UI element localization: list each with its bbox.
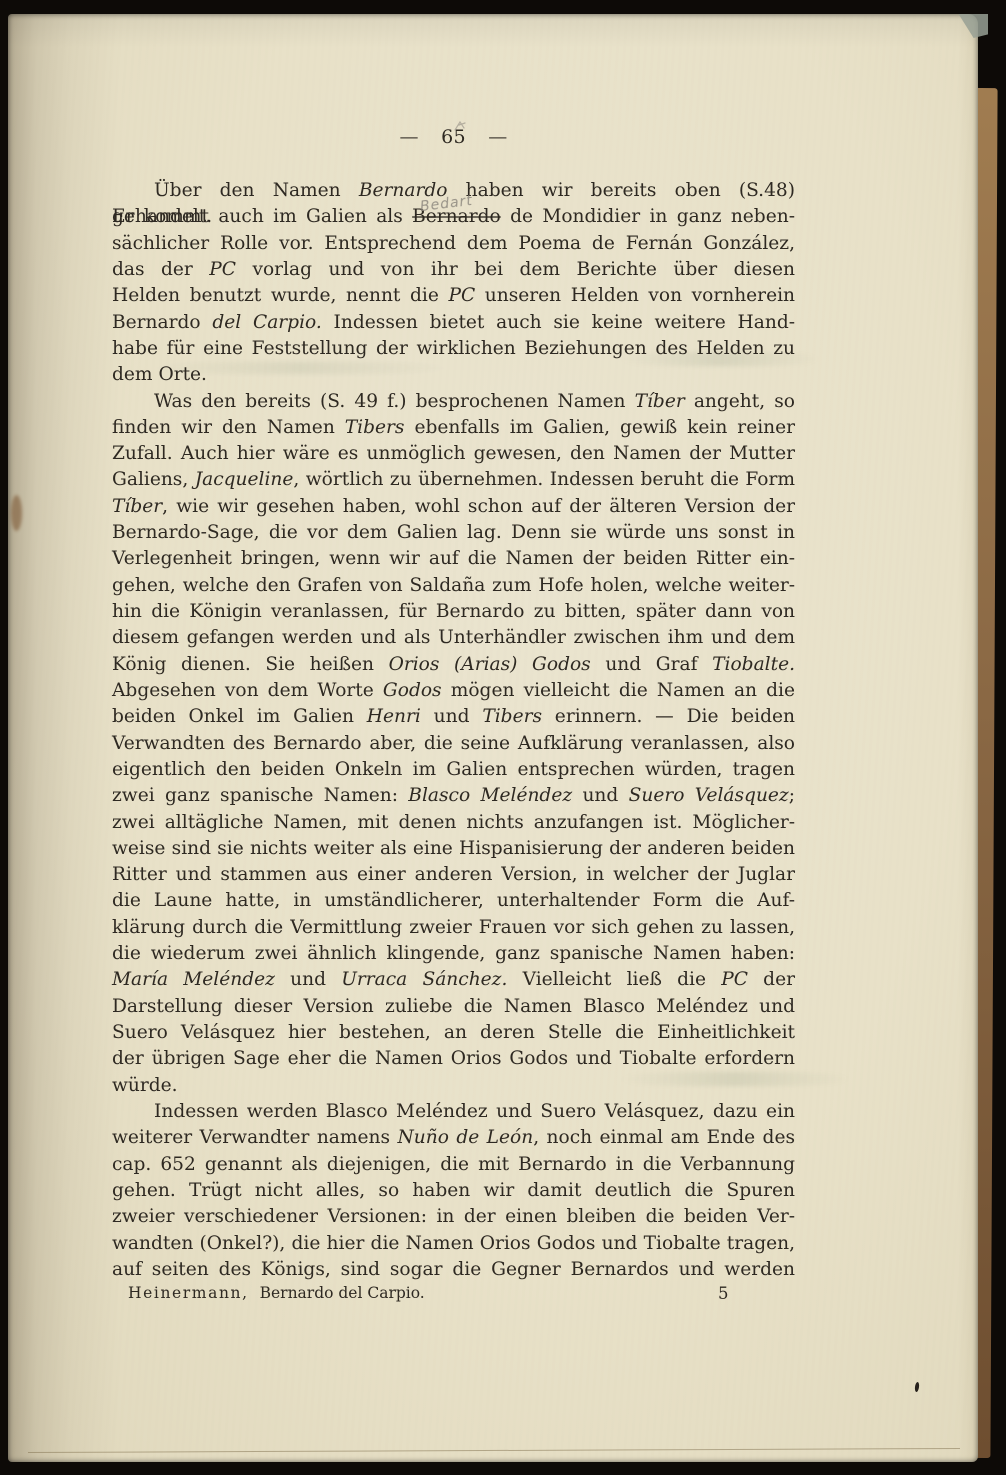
text-line: María Meléndez und Urraca Sánchez. Viell…	[112, 967, 795, 993]
book-signature: Heinermann, Bernardo del Carpio.	[128, 1284, 425, 1302]
text-segment: weise sind sie nichts weiter als eine Hi…	[112, 838, 795, 859]
header-dash-left: —	[399, 126, 418, 148]
text-segment: gehen. Trügt nicht alles, so haben wir d…	[112, 1180, 795, 1201]
text-segment: klärung durch die Vermittlung zweier Fra…	[112, 917, 795, 938]
edge-stain	[11, 495, 22, 531]
pencil-mark-icon	[453, 115, 467, 137]
text-segment: del Carpio.	[212, 312, 321, 333]
text-segment: Darstellung dieser Version zuliebe die N…	[112, 996, 795, 1017]
text-segment: mögen vielleicht die Namen an die	[442, 680, 795, 701]
text-line: Bernardo-Sage, die vor dem Galien lag. D…	[112, 520, 795, 546]
text-segment: Indessen bietet auch sie keine weitere H…	[322, 312, 795, 333]
text-segment: Orios (Arias) Godos	[389, 654, 591, 675]
text-line: würde.	[112, 1073, 795, 1099]
text-segment: zweier verschiedener Versionen: in der e…	[112, 1206, 795, 1227]
author-name: Heinermann,	[128, 1284, 249, 1302]
text-segment: Indessen werden Blasco Meléndez und Suer…	[154, 1101, 795, 1122]
text-segment: Er kommt auch im Galien als	[112, 206, 412, 227]
text-segment: beiden Onkel im Galien	[112, 706, 367, 727]
text-line: gehen. Trügt nicht alles, so haben wir d…	[112, 1178, 795, 1204]
text-segment: Bernardo	[112, 312, 212, 333]
text-segment: Verwandten des Bernardo aber, die seine …	[112, 733, 795, 754]
text-segment: , wörtlich zu übernehmen. Indessen beruh…	[293, 469, 795, 490]
body-text: Über den Namen Bernardo haben wir bereit…	[112, 178, 795, 1283]
text-segment: Abgesehen von dem Worte	[112, 680, 383, 701]
text-segment: Vielleicht ließ die	[507, 969, 721, 990]
text-segment: Tíber	[635, 391, 685, 412]
text-line: Er kommt auch im Galien als BernardoBeda…	[112, 204, 795, 230]
text-line: Abgesehen von dem Worte Godos mögen viel…	[112, 678, 795, 704]
text-line: Zufall. Auch hier wäre es unmöglich gewe…	[112, 441, 795, 467]
text-segment: ;	[789, 785, 795, 806]
text-segment: PC	[209, 259, 236, 280]
text-segment: unseren Helden von vornherein	[475, 285, 795, 306]
text-line: Verwandten des Bernardo aber, die seine …	[112, 731, 795, 757]
text-segment: weiterer Verwandter namens	[112, 1127, 397, 1148]
text-line: weise sind sie nichts weiter als eine Hi…	[112, 836, 795, 862]
text-segment: vorlag und von ihr bei dem Berichte über…	[236, 259, 795, 280]
text-line: finden wir den Namen Tibers ebenfalls im…	[112, 415, 795, 441]
book-title: Bernardo del Carpio.	[260, 1284, 425, 1302]
text-segment: Galiens,	[112, 469, 195, 490]
text-line: Helden benutzt wurde, nennt die PC unser…	[112, 283, 795, 309]
text-segment: und	[572, 785, 628, 806]
text-segment: wandten (Onkel?), die hier die Namen Ori…	[112, 1233, 795, 1254]
text-segment: ebenfalls im Galien, gewiß kein reiner	[404, 417, 795, 438]
text-segment: Nuño de León	[397, 1127, 533, 1148]
text-segment: de Mondidier in ganz neben-	[501, 206, 795, 227]
text-line: klärung durch die Vermittlung zweier Fra…	[112, 915, 795, 941]
text-segment: die Laune hatte, in umständlicherer, unt…	[112, 890, 795, 911]
text-segment: dem Orte.	[112, 364, 207, 385]
text-segment: Tibers	[482, 706, 542, 727]
text-segment: Godos	[383, 680, 442, 701]
text-segment: gehen, welche den Grafen von Saldaña zum…	[112, 575, 795, 596]
text-segment: habe für eine Feststellung der wirkliche…	[112, 338, 795, 359]
text-segment: Was den bereits (S. 49 f.) besprochenen …	[154, 391, 635, 412]
text-line: Ritter und stammen aus einer anderen Ver…	[112, 862, 795, 888]
text-segment: cap. 652 genannt als diejenigen, die mit…	[112, 1154, 795, 1175]
text-segment: auf seiten des Königs, sind sogar die Ge…	[112, 1259, 795, 1280]
text-segment: Blasco Meléndez	[408, 785, 572, 806]
corner-damage	[956, 14, 988, 38]
text-line: Indessen werden Blasco Meléndez und Suer…	[112, 1099, 795, 1125]
text-segment: Suero Velásquez	[629, 785, 789, 806]
text-line: beiden Onkel im Galien Henri und Tibers …	[112, 704, 795, 730]
text-segment: hin die Königin veranlassen, für Bernard…	[112, 601, 795, 622]
text-line: der übrigen Sage eher die Namen Orios Go…	[112, 1046, 795, 1072]
handwritten-annotation: Bedart	[419, 188, 475, 221]
text-line: das der PC vorlag und von ihr bei dem Be…	[112, 257, 795, 283]
text-segment: würde.	[112, 1075, 178, 1096]
text-segment: , wie wir gesehen haben, wohl schon auf …	[162, 496, 795, 517]
text-line: zweier verschiedener Versionen: in der e…	[112, 1204, 795, 1230]
book-scan: — 65 — Über den Namen Bernardo haben wir…	[0, 0, 1006, 1475]
text-line: sächlicher Rolle vor. Entsprechend dem P…	[112, 231, 795, 257]
text-segment: erinnern. — Die beiden	[542, 706, 795, 727]
text-line: Tíber, wie wir gesehen haben, wohl schon…	[112, 494, 795, 520]
text-line: Was den bereits (S. 49 f.) besprochenen …	[112, 389, 795, 415]
text-segment: Verlegenheit bringen, wenn wir auf die N…	[112, 548, 795, 569]
text-line: Bernardo del Carpio. Indessen bietet auc…	[112, 310, 795, 336]
running-head: — 65 —	[112, 126, 795, 148]
text-line: König dienen. Sie heißen Orios (Arias) G…	[112, 652, 795, 678]
text-segment: Henri	[367, 706, 421, 727]
text-segment: Zufall. Auch hier wäre es unmöglich gewe…	[112, 443, 795, 464]
text-segment: König dienen. Sie heißen	[112, 654, 389, 675]
text-segment: zwei ganz spanische Namen:	[112, 785, 408, 806]
text-line: die Laune hatte, in umständlicherer, unt…	[112, 888, 795, 914]
text-line: Suero Velásquez hier bestehen, an deren …	[112, 1020, 795, 1046]
text-line: Verlegenheit bringen, wenn wir auf die N…	[112, 546, 795, 572]
text-segment: Ritter und stammen aus einer anderen Ver…	[112, 864, 795, 885]
sheet-number: 5	[718, 1284, 729, 1303]
text-segment: die wiederum zwei ähnlich klingende, gan…	[112, 943, 795, 964]
text-segment: , noch einmal am Ende des	[533, 1127, 795, 1148]
text-segment: Helden benutzt wurde, nennt die	[112, 285, 448, 306]
text-segment: María Meléndez	[112, 969, 275, 990]
page-footer: Heinermann, Bernardo del Carpio. 5	[112, 1284, 795, 1308]
text-line: diesem gefangen werden und als Unterhänd…	[112, 625, 795, 651]
text-segment: Tibers	[345, 417, 405, 438]
text-segment: Jacqueline	[195, 469, 294, 490]
text-line: Darstellung dieser Version zuliebe die N…	[112, 994, 795, 1020]
text-segment: Tíber	[112, 496, 162, 517]
text-segment: Urraca Sánchez.	[341, 969, 507, 990]
text-segment: das der	[112, 259, 209, 280]
text-line: gehen, welche den Grafen von Saldaña zum…	[112, 573, 795, 599]
text-line: eigentlich den beiden Onkeln im Galien e…	[112, 757, 795, 783]
header-dash-right: —	[488, 126, 507, 148]
text-segment: und Graf	[591, 654, 712, 675]
text-segment: Tiobalte.	[712, 654, 795, 675]
text-segment: PC	[448, 285, 475, 306]
text-segment: angeht, so	[685, 391, 795, 412]
text-line: wandten (Onkel?), die hier die Namen Ori…	[112, 1231, 795, 1257]
ink-speck	[914, 1382, 919, 1392]
text-segment: Über den Namen	[154, 180, 359, 201]
text-segment: der	[748, 969, 795, 990]
text-line: dem Orte.	[112, 362, 795, 388]
text-line: die wiederum zwei ähnlich klingende, gan…	[112, 941, 795, 967]
text-segment: zwei alltägliche Namen, mit denen nichts…	[112, 812, 795, 833]
text-segment: Suero Velásquez hier bestehen, an deren …	[112, 1022, 795, 1043]
text-segment: und	[421, 706, 482, 727]
text-line: Galiens, Jacqueline, wörtlich zu überneh…	[112, 467, 795, 493]
paper-sheet: — 65 — Über den Namen Bernardo haben wir…	[8, 14, 978, 1462]
text-line: zwei alltägliche Namen, mit denen nichts…	[112, 810, 795, 836]
text-segment: Bernardo-Sage, die vor dem Galien lag. D…	[112, 522, 795, 543]
text-line: auf seiten des Königs, sind sogar die Ge…	[112, 1257, 795, 1283]
text-segment: und	[275, 969, 341, 990]
text-line: cap. 652 genannt als diejenigen, die mit…	[112, 1152, 795, 1178]
text-line: hin die Königin veranlassen, für Bernard…	[112, 599, 795, 625]
struck-word: BernardoBedart	[412, 206, 501, 227]
next-page-edge	[28, 1448, 960, 1453]
text-line: weiterer Verwandter namens Nuño de León,…	[112, 1125, 795, 1151]
text-segment: PC	[721, 969, 748, 990]
text-segment: der übrigen Sage eher die Namen Orios Go…	[112, 1048, 795, 1069]
text-segment: diesem gefangen werden und als Unterhänd…	[112, 627, 795, 648]
text-segment: finden wir den Namen	[112, 417, 345, 438]
text-segment: sächlicher Rolle vor. Entsprechend dem P…	[112, 233, 795, 254]
text-segment: eigentlich den beiden Onkeln im Galien e…	[112, 759, 795, 780]
text-line: zwei ganz spanische Namen: Blasco Melénd…	[112, 783, 795, 809]
text-line: habe für eine Feststellung der wirkliche…	[112, 336, 795, 362]
